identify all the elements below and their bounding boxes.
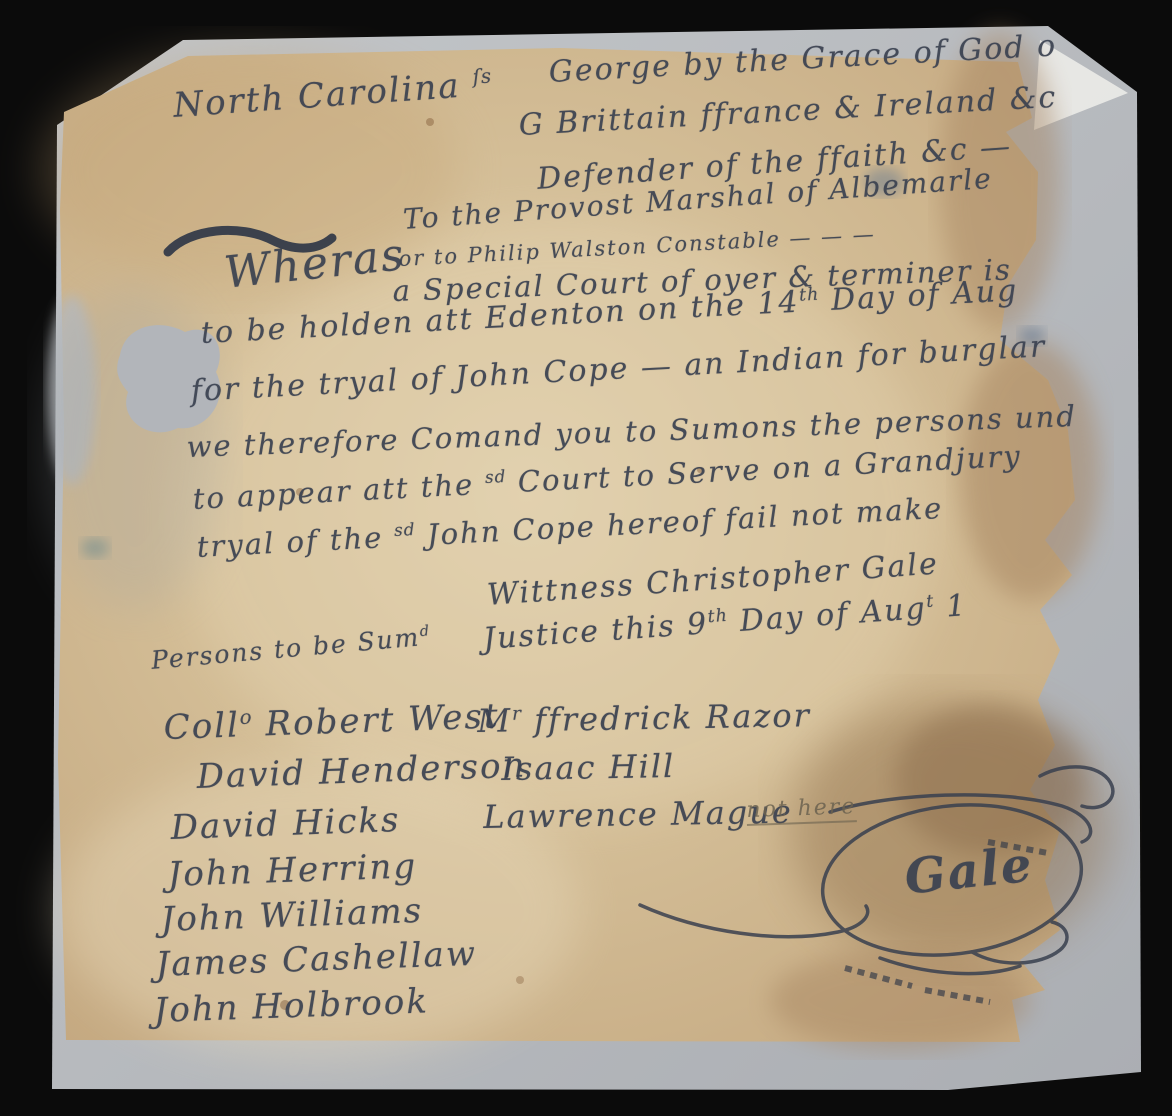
summons-name: Mr ffredrick Razor [477, 696, 811, 740]
stain-bottom-right-core [895, 705, 1085, 855]
not-here-annotation: not here [746, 794, 857, 826]
summons-name: David Hicks [170, 800, 401, 848]
manuscript-scan: North Carolina ſs George by the Grace of… [0, 0, 1172, 1116]
summons-name: Isaac Hill [501, 747, 676, 788]
foxing-dot [516, 976, 524, 984]
blue-blot-left-edge [81, 538, 109, 558]
foxing-dot [426, 118, 434, 126]
